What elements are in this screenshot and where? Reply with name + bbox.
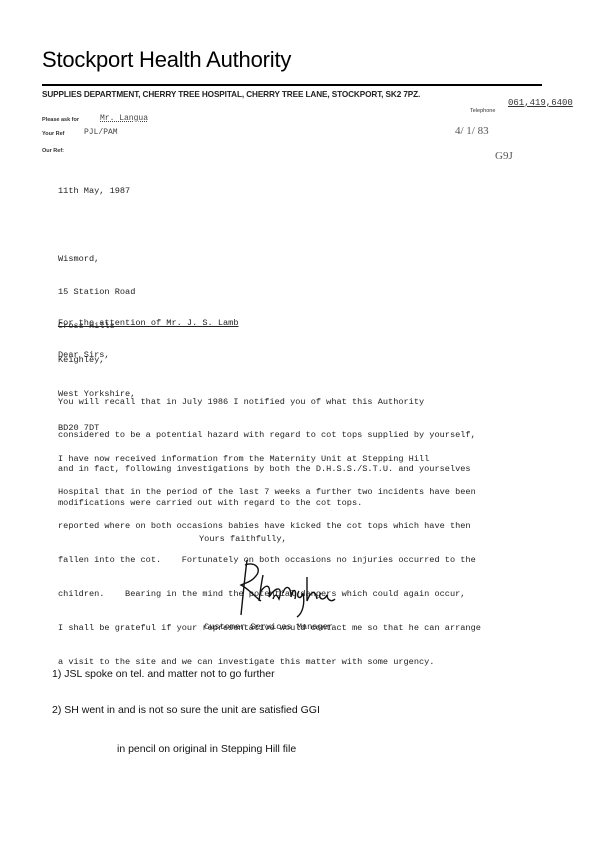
paragraph-line: I have now received information from the… xyxy=(58,454,558,465)
your-ref-label: Your Ref xyxy=(42,131,65,137)
paragraph-line: You will recall that in July 1986 I noti… xyxy=(58,397,558,408)
paragraph-line: reported where on both occasions babies … xyxy=(58,521,558,532)
recipient-line: Wismord, xyxy=(58,254,135,265)
closing: Yours faithfully, xyxy=(199,534,287,545)
letterhead-rule xyxy=(42,84,542,86)
attention-line: For the attention of Mr. J. S. Lamb xyxy=(58,318,239,329)
signature-icon xyxy=(225,555,345,620)
annotation-1: 1) JSL spoke on tel. and matter not to g… xyxy=(52,668,275,680)
recipient-line: 15 Station Road xyxy=(58,287,135,298)
paragraph-line: a visit to the site and we can investiga… xyxy=(58,657,558,668)
annotation-source: in pencil on original in Stepping Hill f… xyxy=(117,743,296,755)
department-address: SUPPLIES DEPARTMENT, CHERRY TREE HOSPITA… xyxy=(42,90,420,99)
handwritten-note-1: 4/ 1/ 83 xyxy=(455,125,489,137)
handwritten-note-2: G9J xyxy=(495,150,513,162)
organization-title: Stockport Health Authority xyxy=(42,47,291,73)
your-ref-value: PJL/PAM xyxy=(84,128,118,137)
letter-date: 11th May, 1987 xyxy=(58,186,130,197)
salutation: Dear Sirs, xyxy=(58,350,110,361)
signatory-title: Customer Services Manager xyxy=(204,622,333,633)
annotation-2: 2) SH went in and is not so sure the uni… xyxy=(52,704,320,716)
please-ask-for-label: Please ask for xyxy=(42,117,79,123)
telephone-number: 061,419,6400 xyxy=(508,98,573,108)
telephone-label: Telephone xyxy=(470,108,495,114)
paragraph-line: Hospital that in the period of the last … xyxy=(58,487,558,498)
please-ask-for-value: Mr. Langua xyxy=(100,114,148,123)
our-ref-label: Our Ref: xyxy=(42,148,64,154)
